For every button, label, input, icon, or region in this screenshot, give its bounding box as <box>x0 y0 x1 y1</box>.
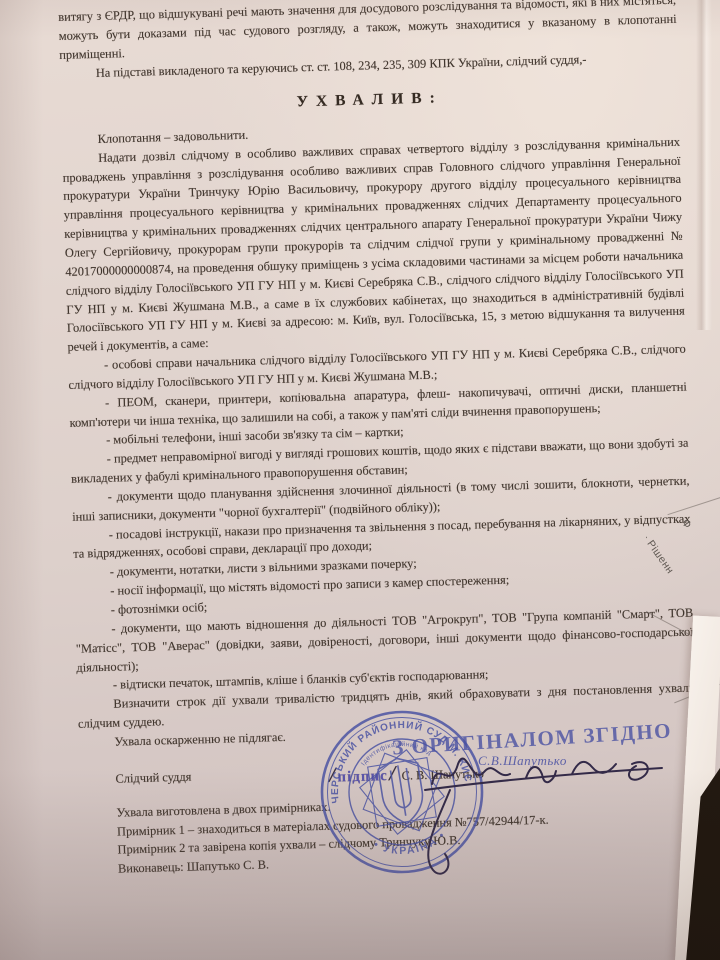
paper-crease <box>696 0 712 330</box>
scanned-court-order-photo: витягу з ЄРДР, що відшукувані речі мають… <box>0 0 720 960</box>
fragment-text: - Рішенн <box>646 532 676 576</box>
permit-paragraph: Надати дозвіл слідчому в особливо важлив… <box>62 132 686 356</box>
resolution-heading: УХВАЛИВ: <box>60 80 678 121</box>
fragment-text: Ф <box>679 517 694 531</box>
judge-label: Слідчий суддя <box>115 767 191 788</box>
handwritten-signature <box>340 748 680 883</box>
fragment-line <box>667 494 720 515</box>
